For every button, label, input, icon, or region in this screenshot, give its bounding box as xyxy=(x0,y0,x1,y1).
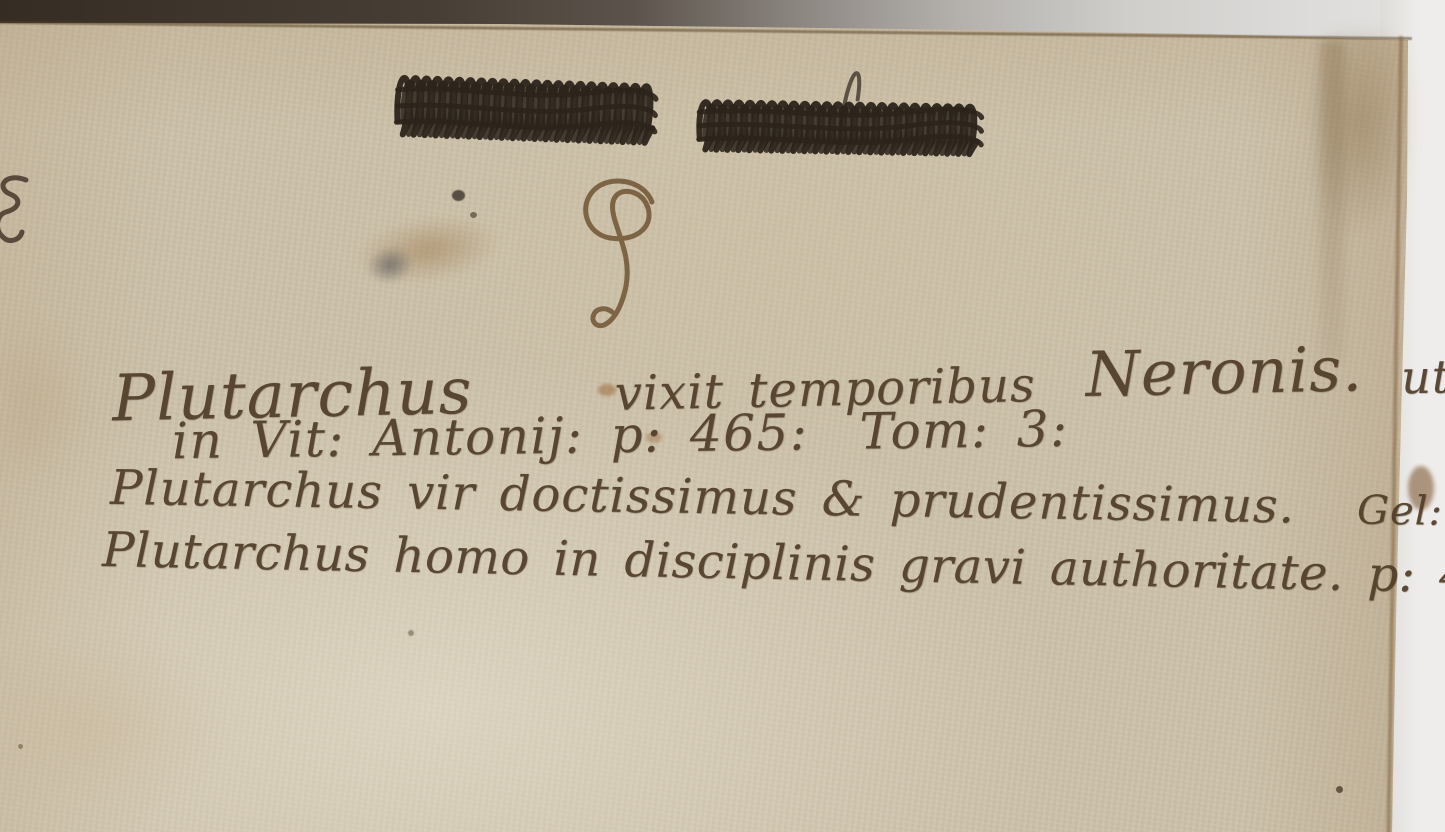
word-neronis: Neronis. xyxy=(1085,332,1364,411)
paper-speck xyxy=(470,212,477,218)
left-edge-ink-mark xyxy=(0,168,38,254)
manuscript-photo: Plutarchus vixit temporibus Neronis. ut … xyxy=(0,0,1445,832)
phrase-ut-pate: ut pate xyxy=(1401,347,1445,405)
citation-gel-lib: Gel: Lib: 1: c xyxy=(1357,487,1445,538)
pen-flourish xyxy=(556,172,696,347)
paper-speck xyxy=(18,744,23,749)
citation-tom-3: Tom: 3: xyxy=(859,400,1069,461)
handwritten-line-2: in Vit: Antonij: p: 465: Tom: 3: xyxy=(172,404,1069,467)
citation-vit-antonij: in Vit: Antonij: p: 465: xyxy=(172,403,809,470)
paper-speck xyxy=(1336,786,1343,793)
scribbled-out-word xyxy=(696,94,983,161)
scribbled-out-word xyxy=(394,67,658,150)
paper-speck xyxy=(408,630,414,636)
